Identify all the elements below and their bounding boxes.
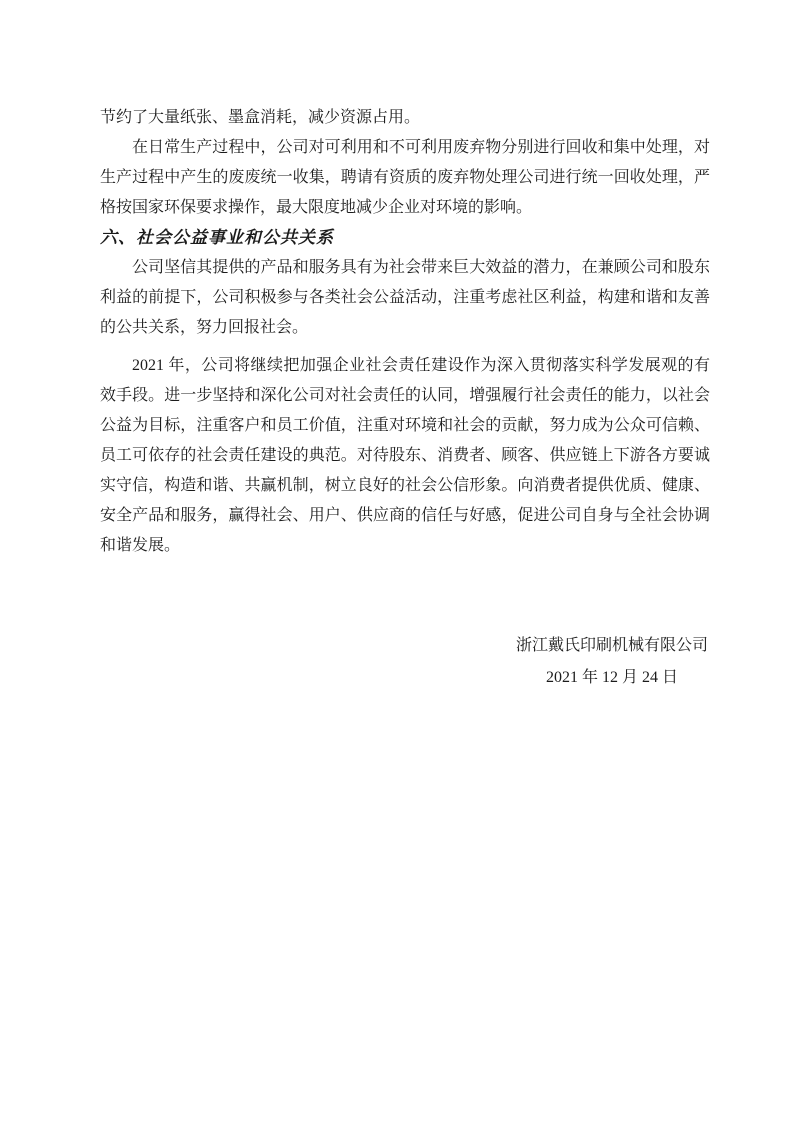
paragraph-public-welfare: 公司坚信其提供的产品和服务具有为社会带来巨大效益的潜力，在兼顾公司和股东利益的前…	[100, 253, 710, 343]
document-content: 节约了大量纸张、墨盒消耗，减少资源占用。 在日常生产过程中，公司对可利用和不可利…	[100, 103, 710, 693]
paragraph-waste-handling: 在日常生产过程中，公司对可利用和不可利用废弃物分别进行回收和集中处理，对生产过程…	[100, 133, 710, 223]
section-heading-public-welfare: 六、社会公益事业和公共关系	[100, 223, 710, 253]
paragraph-2021-responsibility-plan: 2021 年，公司将继续把加强企业社会责任建设作为深入贯彻落实科学发展观的有效手…	[100, 351, 710, 561]
signature-date: 2021 年 12 月 24 日	[514, 663, 710, 693]
signature-block: 浙江戴氏印刷机械有限公司 2021 年 12 月 24 日	[514, 631, 710, 693]
document-page: 节约了大量纸张、墨盒消耗，减少资源占用。 在日常生产过程中，公司对可利用和不可利…	[0, 0, 800, 1132]
paragraph-resource-saving: 节约了大量纸张、墨盒消耗，减少资源占用。	[100, 103, 710, 133]
signature-company-name: 浙江戴氏印刷机械有限公司	[514, 631, 710, 661]
